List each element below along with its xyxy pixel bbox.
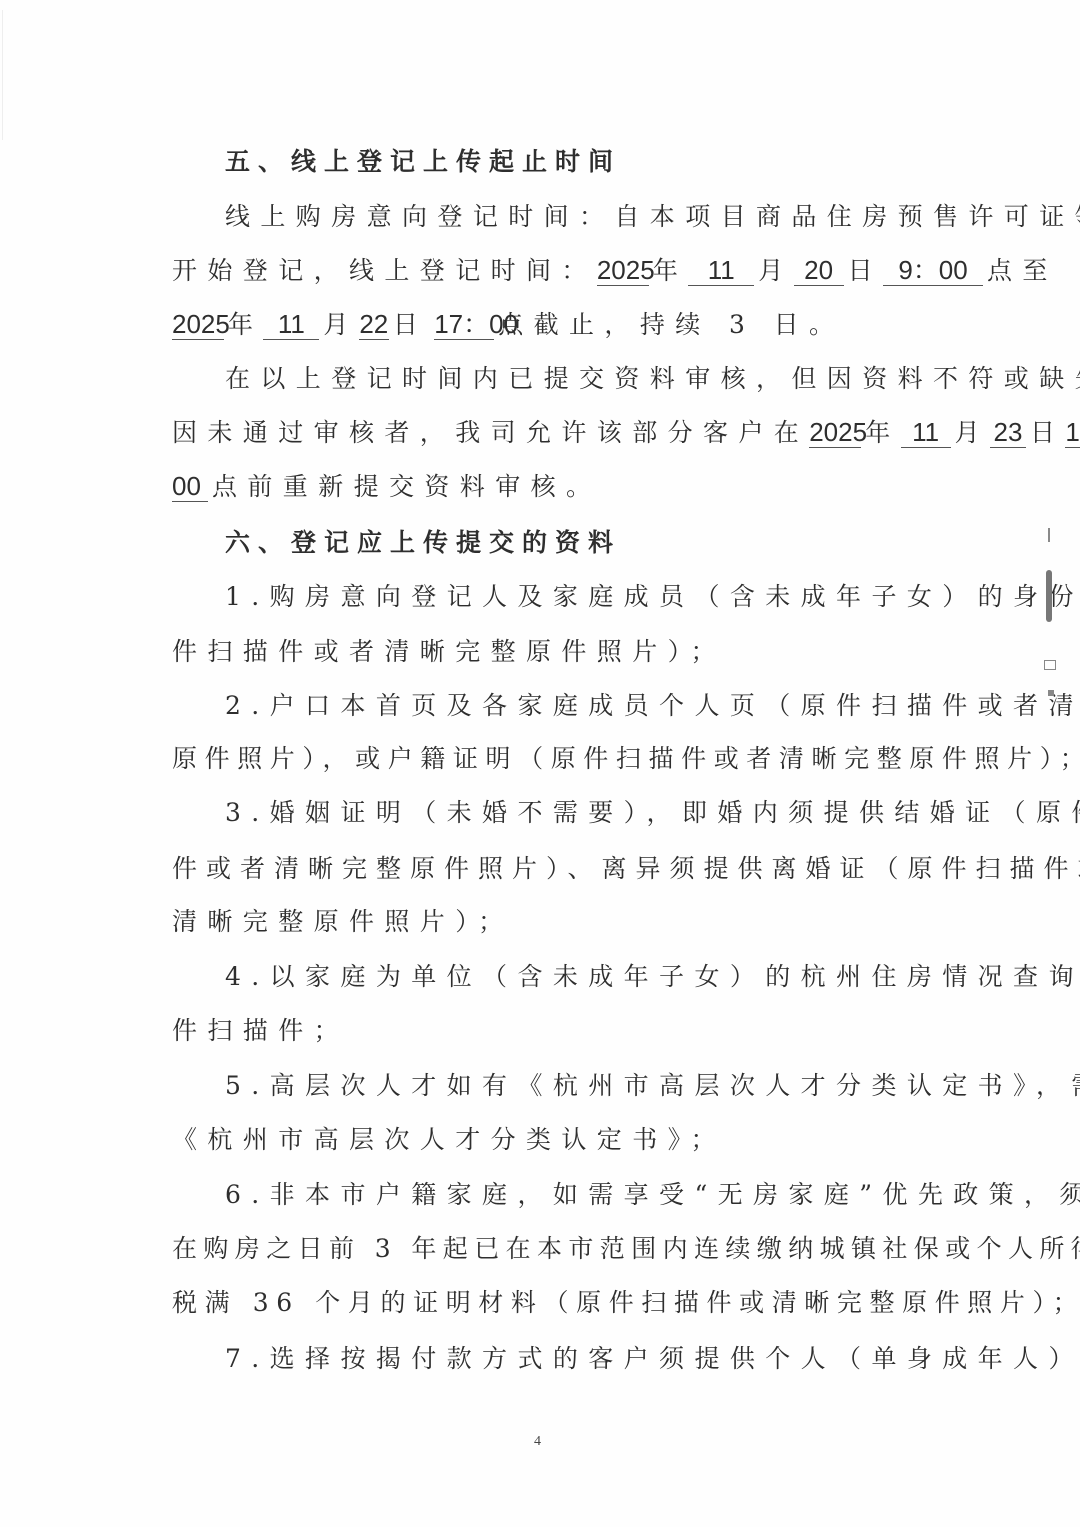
end-time-field: 17：00 [434, 309, 494, 340]
month-label: 月 [758, 256, 793, 285]
resubmit-month-field: 11 [901, 417, 951, 448]
section-5-para1-line2: 开始登记，线上登记时间：2025年11月20日9：00点至 [172, 251, 932, 291]
section-5-para2-line3: 00点前重新提交资料审核。 [172, 467, 932, 507]
resubmit-suffix: 点前重新提交资料审核。 [212, 472, 601, 501]
list-item-4-line2: 件扫描件； [172, 1011, 932, 1051]
end-year-field: 2025 [172, 309, 224, 340]
resubmit-label: 因未通过审核者，我司允许该部分客户在 [172, 418, 809, 447]
list-item-3-line3: 清晰完整原件照片）； [172, 902, 932, 942]
list-item-1-line1: 1.购房意向登记人及家庭成员（含未成年子女）的身份证（原 [225, 577, 935, 617]
start-suffix: 点至 [987, 256, 1058, 285]
end-suffix: 点截止，持续 3 日。 [498, 310, 844, 339]
year-label: 年 [865, 418, 900, 447]
section-5-para2-line1: 在以上登记时间内已提交资料审核，但因资料不符或缺失等原 [225, 359, 935, 399]
list-item-3-line2: 件或者清晰完整原件照片）、离异须提供离婚证（原件扫描件或者 [172, 849, 932, 889]
list-item-5-line2: 《杭州市高层次人才分类认定书》； [172, 1120, 932, 1160]
section-5-para1-line3: 2025年11月22日17：00点截止，持续 3 日。 [172, 305, 932, 345]
list-item-6-line1: 6.非本市户籍家庭，如需享受“无房家庭”优先政策，须提供 [225, 1175, 935, 1215]
list-item-3-line1: 3.婚姻证明（未婚不需要），即婚内须提供结婚证（原件扫描 [225, 793, 935, 833]
list-item-2-line2: 原件照片），或户籍证明（原件扫描件或者清晰完整原件照片）； [172, 739, 932, 779]
scan-left-edge [2, 10, 3, 140]
resubmit-year-field: 2025 [809, 417, 861, 448]
list-item-6-line3: 税满 36 个月的证明材料（原件扫描件或清晰完整原件照片）； [172, 1283, 932, 1323]
section-5-para2-line2: 因未通过审核者，我司允许该部分客户在2025年11月23日12: [172, 413, 932, 453]
end-month-field: 11 [263, 309, 319, 340]
month-label: 月 [323, 310, 358, 339]
page-number: 4 [534, 1434, 541, 1450]
year-label: 年 [653, 256, 688, 285]
section-6-heading: 六、登记应上传提交的资料 [225, 523, 935, 563]
resubmit-time-field-part1: 12: [1065, 417, 1080, 448]
start-day-field: 20 [794, 255, 844, 286]
document-page: 五、线上登记上传起止时间 线上购房意向登记时间：自本项目商品住房预售许可证领取后… [0, 0, 1080, 1527]
day-label: 日 [393, 310, 428, 339]
start-year-field: 2025 [597, 255, 649, 286]
month-label: 月 [955, 418, 990, 447]
resubmit-day-field: 23 [990, 417, 1026, 448]
day-label: 日 [1030, 418, 1065, 447]
section-5-heading: 五、线上登记上传起止时间 [225, 142, 935, 182]
list-item-2-line1: 2.户口本首页及各家庭成员个人页（原件扫描件或者清晰完整 [225, 686, 935, 726]
list-item-4-line1: 4.以家庭为单位（含未成年子女）的杭州住房情况查询证明原 [225, 957, 935, 997]
scan-edge-artifact [1040, 500, 1080, 740]
section-5-para1-line1: 线上购房意向登记时间：自本项目商品住房预售许可证领取后 [225, 197, 935, 237]
list-item-5-line1: 5.高层次人才如有《杭州市高层次人才分类认定书》，需提供 [225, 1066, 935, 1106]
list-item-7-line1: 7.选择按揭付款方式的客户须提供个人（单身成年人）或夫妻 [225, 1339, 935, 1379]
end-day-field: 22 [359, 309, 389, 340]
day-label: 日 [848, 256, 883, 285]
resubmit-time-field-part2: 00 [172, 471, 208, 502]
list-item-6-line2: 在购房之日前 3 年起已在本市范围内连续缴纳城镇社保或个人所得 [172, 1229, 932, 1269]
year-label: 年 [228, 310, 263, 339]
registration-time-label: 开始登记，线上登记时间： [172, 256, 597, 285]
start-month-field: 11 [688, 255, 754, 286]
start-time-field: 9：00 [883, 255, 983, 286]
list-item-1-line2: 件扫描件或者清晰完整原件照片）； [172, 632, 932, 672]
